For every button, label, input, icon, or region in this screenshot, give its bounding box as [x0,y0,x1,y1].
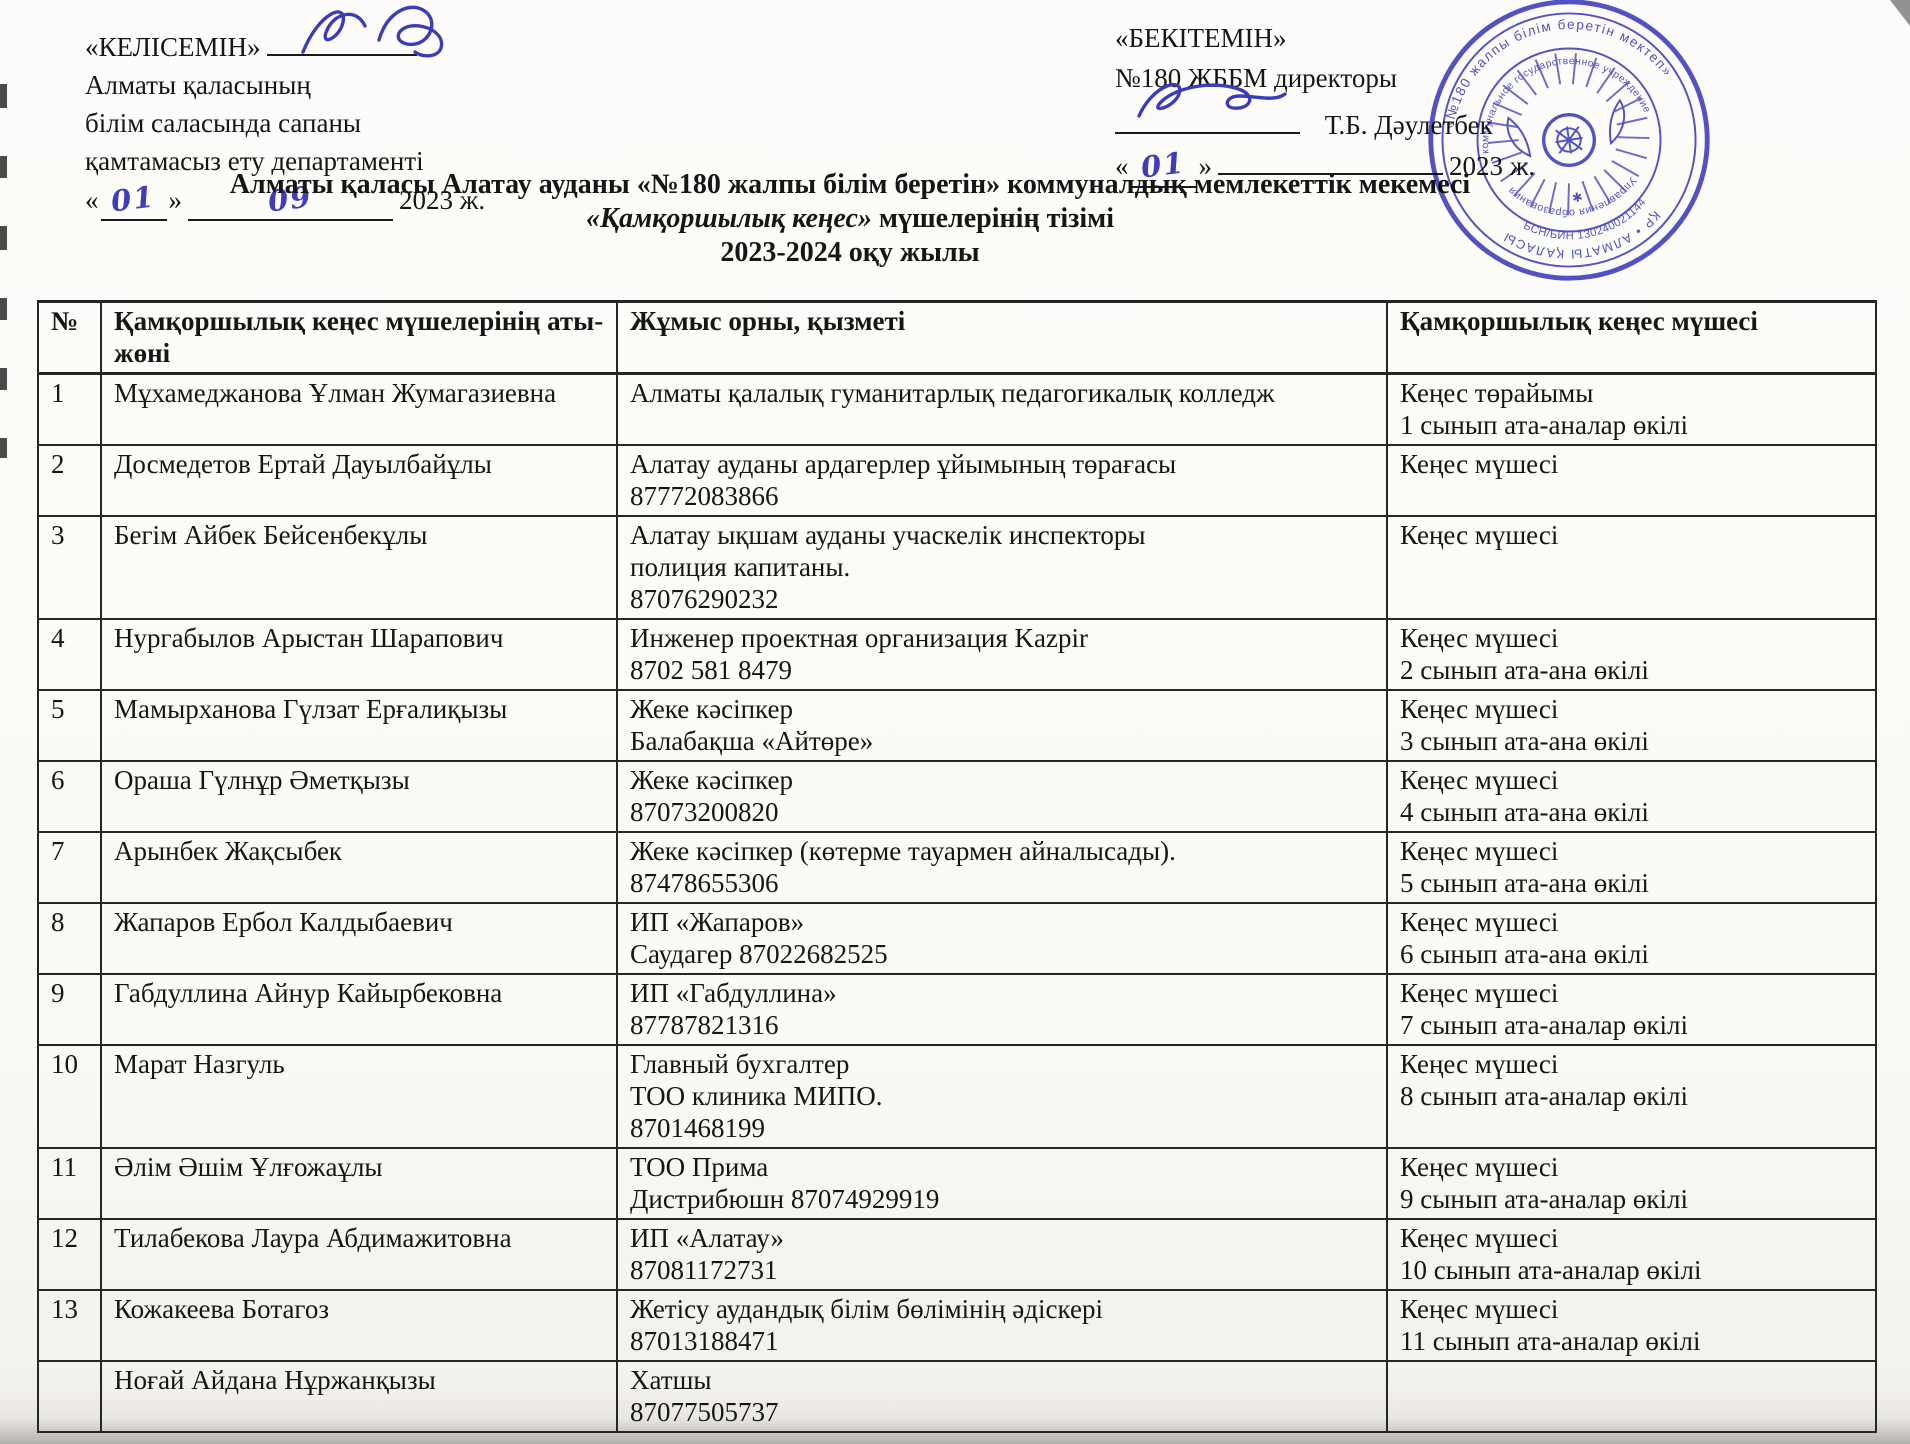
table-row: 6 Ораша Гүлнұр Әметқызы Жеке кәсіпкер 87… [38,761,1876,832]
scan-edge-mark [0,84,7,108]
role-cell: Кеңес мүшесі 10 сынып ата-аналар өкілі [1387,1219,1876,1290]
member-name-cell: Нургабылов Арыстан Шарапович [101,619,617,690]
official-stamp-icon: «№180 жалпы білім беретін мектеп» ҚР • А… [1402,0,1736,307]
table-header-row: № Қамқоршылық кеңес мүшелерінің аты-жөні… [38,302,1876,374]
row-number-cell: 1 [38,374,101,446]
workplace-cell: Жетісу аудандық білім бөлімінің әдіскері… [617,1290,1387,1361]
table-row: 12 Тилабекова Лаура Абдимажитовна ИП «Ал… [38,1219,1876,1290]
member-name-cell: Бегім Айбек Бейсенбекұлы [101,516,617,619]
workplace-cell: Алатау ауданы ардагерлер ұйымының төраға… [617,445,1387,516]
role-cell: Кеңес мүшесі 2 сынып ата-ана өкілі [1387,619,1876,690]
role-cell [1387,1361,1876,1432]
agreement-org-line: Алматы қаласының [85,66,545,104]
workplace-cell: Жеке кәсіпкер (көтерме тауармен айналыса… [617,832,1387,903]
header-member-name: Қамқоршылық кеңес мүшелерінің аты-жөні [101,302,617,374]
row-number-cell: 11 [38,1148,101,1219]
table-row: 5 Мамырханова Гүлзат Ерғалиқызы Жеке кәс… [38,690,1876,761]
member-name-cell: Мұхамеджанова Ұлман Жумагазиевна [101,374,617,446]
role-cell: Кеңес мүшесі 9 сынып ата-аналар өкілі [1387,1148,1876,1219]
row-number-cell: 7 [38,832,101,903]
workplace-cell: Алматы қалалық гуманитарлық педагогикалы… [617,374,1387,446]
role-cell: Кеңес мүшесі 3 сынып ата-ана өкілі [1387,690,1876,761]
workplace-cell: Инженер проектная организация Kazpir 870… [617,619,1387,690]
row-number-cell: 5 [38,690,101,761]
role-cell: Кеңес мүшесі 8 сынып ата-аналар өкілі [1387,1045,1876,1148]
workplace-cell: Главный бухгалтер ТОО клиника МИПО. 8701… [617,1045,1387,1148]
workplace-cell: ИП «Жапаров» Саудагер 87022682525 [617,903,1387,974]
workplace-cell: Алатау ықшам ауданы учаскелік инспекторы… [617,516,1387,619]
stamp-star: ✱ [1571,190,1585,206]
scan-edge-mark [0,368,7,390]
subtitle-rest: мүшелерінің тізімі [872,203,1114,234]
table-row: Ноғай Айдана Нұржанқызы Хатшы 8707750573… [38,1361,1876,1432]
header-role: Қамқоршылық кеңес мүшесі [1387,302,1876,374]
table-row: 9 Габдуллина Айнур Кайырбековна ИП «Габд… [38,974,1876,1045]
stamp-emblem-icon [1506,100,1631,174]
member-name-cell: Кожакеева Ботагоз [101,1290,617,1361]
member-name-cell: Арынбек Жақсыбек [101,832,617,903]
row-number-cell: 13 [38,1290,101,1361]
member-name-cell: Тилабекова Лаура Абдимажитовна [101,1219,617,1290]
role-cell: Кеңес мүшесі 11 сынып ата-аналар өкілі [1387,1290,1876,1361]
table-row: 7 Арынбек Жақсыбек Жеке кәсіпкер (көтерм… [38,832,1876,903]
scan-edge-mark [0,298,7,320]
role-cell: Кеңес мүшесі 4 сынып ата-ана өкілі [1387,761,1876,832]
subtitle-council-name: «Қамқоршылық кеңес» [586,203,872,234]
council-members-table: № Қамқоршылық кеңес мүшелерінің аты-жөні… [37,300,1877,1433]
table-row: 2 Досмедетов Ертай Дауылбайұлы Алатау ау… [38,445,1876,516]
table-row: 11 Әлім Әшім Ұлғожаұлы ТОО Прима Дистриб… [38,1148,1876,1219]
scan-corner-artifact [1890,0,1910,26]
workplace-cell: Хатшы 87077505737 [617,1361,1387,1432]
member-name-cell: Досмедетов Ертай Дауылбайұлы [101,445,617,516]
row-number-cell: 9 [38,974,101,1045]
agreement-signature-line [267,24,417,56]
scanned-document-page: «КЕЛІСЕМІН» Алматы қаласының білім салас… [0,0,1910,1444]
row-number-cell: 6 [38,761,101,832]
role-cell: Кеңес мүшесі 7 сынып ата-аналар өкілі [1387,974,1876,1045]
scan-edge-mark [0,438,7,458]
workplace-cell: Жеке кәсіпкер 87073200820 [617,761,1387,832]
member-name-cell: Марат Назгуль [101,1045,617,1148]
row-number-cell: 4 [38,619,101,690]
table-row: 1 Мұхамеджанова Ұлман Жумагазиевна Алмат… [38,374,1876,446]
workplace-cell: Жеке кәсіпкер Балабақша «Айтөре» [617,690,1387,761]
member-name-cell: Жапаров Ербол Калдыбаевич [101,903,617,974]
row-number-cell: 12 [38,1219,101,1290]
workplace-cell: ИП «Алатау» 87081172731 [617,1219,1387,1290]
agreement-org-line: білім саласында сапаны [85,104,545,142]
member-name-cell: Мамырханова Гүлзат Ерғалиқызы [101,690,617,761]
role-cell: Кеңес мүшесі 6 сынып ата-ана өкілі [1387,903,1876,974]
agreement-label: «КЕЛІСЕМІН» [85,32,260,62]
member-name-cell: Габдуллина Айнур Кайырбековна [101,974,617,1045]
role-cell: Кеңес мүшесі [1387,445,1876,516]
workplace-cell: ТОО Прима Дистрибюшн 87074929919 [617,1148,1387,1219]
row-number-cell: 8 [38,903,101,974]
row-number-cell: 10 [38,1045,101,1148]
table-row: 4 Нургабылов Арыстан Шарапович Инженер п… [38,619,1876,690]
member-name-cell: Ораша Гүлнұр Әметқызы [101,761,617,832]
role-cell: Кеңес мүшесі [1387,516,1876,619]
row-number-cell: 3 [38,516,101,619]
table-row: 8 Жапаров Ербол Калдыбаевич ИП «Жапаров»… [38,903,1876,974]
council-table-body: 1 Мұхамеджанова Ұлман Жумагазиевна Алмат… [38,374,1876,1433]
role-cell: Кеңес мүшесі 5 сынып ата-ана өкілі [1387,832,1876,903]
role-cell: Кеңес төрайымы 1 сынып ата-аналар өкілі [1387,374,1876,446]
table-row: 13 Кожакеева Ботагоз Жетісу аудандық біл… [38,1290,1876,1361]
member-name-cell: Әлім Әшім Ұлғожаұлы [101,1148,617,1219]
workplace-cell: ИП «Габдуллина» 87787821316 [617,974,1387,1045]
table-row: 3 Бегім Айбек Бейсенбекұлы Алатау ықшам … [38,516,1876,619]
table-row: 10 Марат Назгуль Главный бухгалтер ТОО к… [38,1045,1876,1148]
header-number: № [38,302,101,374]
header-workplace: Жұмыс орны, қызметі [617,302,1387,374]
row-number-cell: 2 [38,445,101,516]
director-signature-line [1115,98,1300,134]
member-name-cell: Ноғай Айдана Нұржанқызы [101,1361,617,1432]
row-number-cell [38,1361,101,1432]
